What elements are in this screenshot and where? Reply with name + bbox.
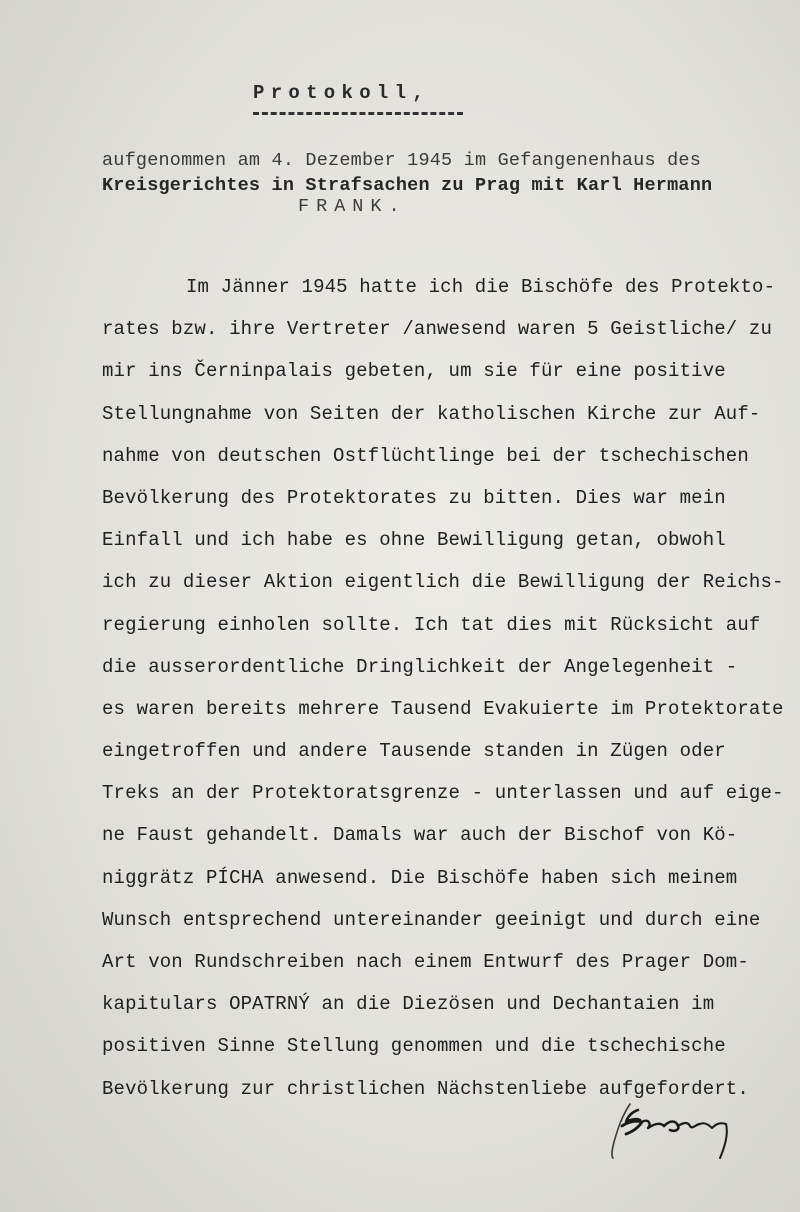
body-line: es waren bereits mehrere Tausend Evakuie… [102,698,782,740]
body-line: kapitulars OPATRNÝ an die Diezösen und D… [102,993,782,1035]
body-line: niggrätz PÍCHA anwesend. Die Bischöfe ha… [102,867,782,909]
body-line: eingetroffen und andere Tausende standen… [102,740,782,782]
body-line: Art von Rundschreiben nach einem Entwurf… [102,951,782,993]
body-line: ich zu dieser Aktion eigentlich die Bewi… [102,571,782,613]
body-line: ne Faust gehandelt. Damals war auch der … [102,824,782,866]
header-line-court: Kreisgerichtes in Strafsachen zu Prag mi… [102,175,712,196]
header-subject-name: FRANK. [298,196,407,217]
body-line: positiven Sinne Stellung genommen und di… [102,1035,782,1077]
body-line: nahme von deutschen Ostflüchtlinge bei d… [102,445,782,487]
body-line: Einfall und ich habe es ohne Bewilligung… [102,529,782,571]
body-line: mir ins Černinpalais gebeten, um sie für… [102,360,782,402]
body-line: Bevölkerung des Protektorates zu bitten.… [102,487,782,529]
body-line: die ausserordentliche Dringlichkeit der … [102,656,782,698]
body-line: Treks an der Protektoratsgrenze - unterl… [102,782,782,824]
document-page: Protokoll, aufgenommen am 4. Dezember 19… [0,0,800,1212]
body-line: Stellungnahme von Seiten der katholische… [102,403,782,445]
header-line-date-location: aufgenommen am 4. Dezember 1945 im Gefan… [102,150,701,171]
title-underline [253,112,463,115]
protocol-body: Im Jänner 1945 hatte ich die Bischöfe de… [102,276,782,1120]
body-line: Wunsch entsprechend untereinander geeini… [102,909,782,951]
body-line: Im Jänner 1945 hatte ich die Bischöfe de… [102,276,782,318]
handwritten-signature [608,1102,748,1164]
body-line: regierung einholen sollte. Ich tat dies … [102,614,782,656]
document-title: Protokoll, [253,82,430,104]
body-line: rates bzw. ihre Vertreter /anwesend ware… [102,318,782,360]
